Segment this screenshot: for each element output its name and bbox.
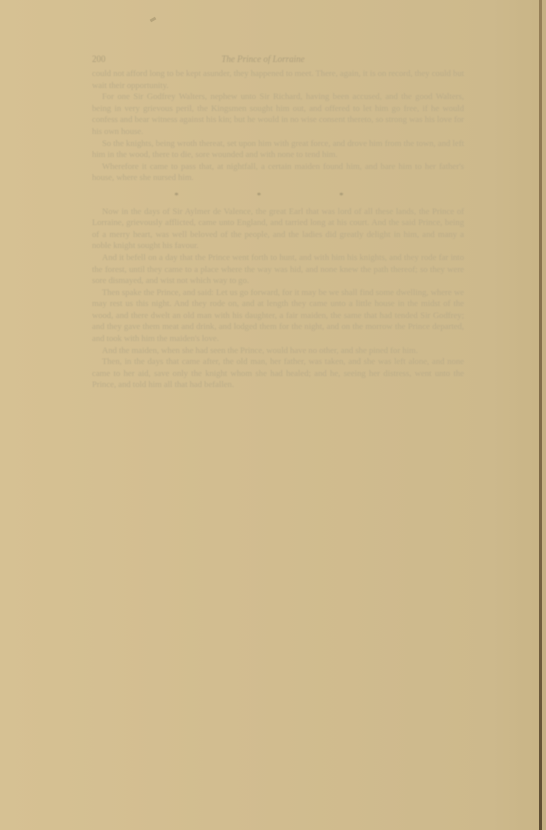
page-edge	[542, 0, 546, 830]
paragraph: And it befell on a day that the Prince w…	[92, 252, 464, 287]
page-blemish	[150, 17, 157, 23]
book-page: 200 The Prince of Lorraine could not aff…	[0, 0, 546, 830]
paragraph: And the maiden, when she had seen the Pr…	[92, 345, 464, 357]
paragraph: Then spake the Prince, and said: Let us …	[92, 287, 464, 345]
running-head: 200 The Prince of Lorraine	[92, 54, 464, 68]
section-after-break: Now in the days of Sir Aylmer de Valence…	[92, 206, 464, 392]
paragraph: Wherefore it came to pass that, at night…	[92, 161, 464, 184]
page-number: 200	[92, 54, 122, 68]
running-title: The Prince of Lorraine	[122, 54, 464, 68]
paragraph: So the knights, being wroth thereat, set…	[92, 138, 464, 161]
paragraph: Now in the days of Sir Aylmer de Valence…	[92, 206, 464, 252]
paragraph: For one Sir Godfrey Walters, nephew unto…	[92, 91, 464, 137]
page-text: 200 The Prince of Lorraine could not aff…	[92, 54, 464, 391]
section-separator: * * *	[92, 190, 464, 202]
binding-shadow	[539, 0, 542, 830]
section-before-break: could not afford long to be kept asunder…	[92, 68, 464, 184]
paragraph: could not afford long to be kept asunder…	[92, 68, 464, 91]
paragraph: Then, in the days that came after, the o…	[92, 356, 464, 391]
